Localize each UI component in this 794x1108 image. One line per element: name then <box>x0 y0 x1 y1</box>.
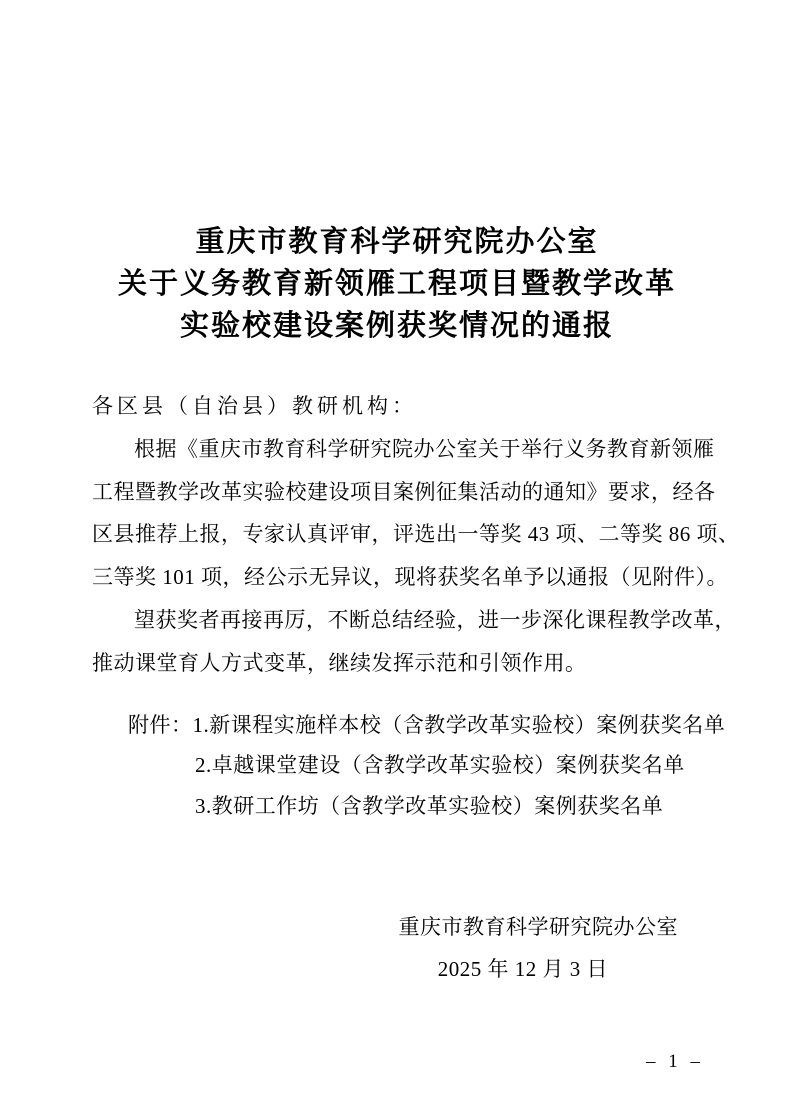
document-title: 重庆市教育科学研究院办公室 关于义务教育新领雁工程项目暨教学改革 实验校建设案例… <box>0 221 794 347</box>
paragraph-2-line-1: 望获奖者再接再厉，不断总结经验，进一步深化课程教学改革， <box>92 599 752 642</box>
attachment-items-continued: 2.卓越课堂建设（含教学改革实验校）案例获奖名单 3.教研工作坊（含教学改革实验… <box>195 745 725 826</box>
signature-date: 2025 年 12 月 3 日 <box>438 954 608 984</box>
paragraph-1-line-1: 根据《重庆市教育科学研究院办公室关于举行义务教育新领雁 <box>92 428 752 471</box>
signature-issuer: 重庆市教育科学研究院办公室 <box>399 912 679 942</box>
attachment-row-1: 附件： 1.新课程实施样本校（含教学改革实验校）案例获奖名单 <box>128 705 725 745</box>
page-number: – 1 – <box>646 1051 704 1073</box>
document-body: 各区县（自治县）教研机构： 根据《重庆市教育科学研究院办公室关于举行义务教育新领… <box>92 385 752 685</box>
title-line-1: 重庆市教育科学研究院办公室 <box>0 221 794 263</box>
paragraph-1-line-3: 区县推荐上报，专家认真评审，评选出一等奖 43 项、二等奖 86 项、 <box>92 513 752 556</box>
attachment-item-1: 1.新课程实施样本校（含教学改革实验校）案例获奖名单 <box>193 705 726 745</box>
title-line-3: 实验校建设案例获奖情况的通报 <box>0 305 794 347</box>
paragraph-2-line-2: 推动课堂育人方式变革，继续发挥示范和引领作用。 <box>92 642 752 685</box>
salutation: 各区县（自治县）教研机构： <box>92 385 752 428</box>
document-page: 重庆市教育科学研究院办公室 关于义务教育新领雁工程项目暨教学改革 实验校建设案例… <box>0 0 794 1108</box>
paragraph-1-line-4: 三等奖 101 项，经公示无异议，现将获奖名单予以通报（见附件）。 <box>92 556 752 599</box>
attachments-block: 附件： 1.新课程实施样本校（含教学改革实验校）案例获奖名单 2.卓越课堂建设（… <box>128 705 725 826</box>
title-line-2: 关于义务教育新领雁工程项目暨教学改革 <box>0 263 794 305</box>
paragraph-1-line-2: 工程暨教学改革实验校建设项目案例征集活动的通知》要求，经各 <box>92 471 752 514</box>
attachments-label: 附件： <box>128 705 193 745</box>
attachment-item-3: 3.教研工作坊（含教学改革实验校）案例获奖名单 <box>195 786 725 826</box>
attachment-item-2: 2.卓越课堂建设（含教学改革实验校）案例获奖名单 <box>195 745 725 785</box>
